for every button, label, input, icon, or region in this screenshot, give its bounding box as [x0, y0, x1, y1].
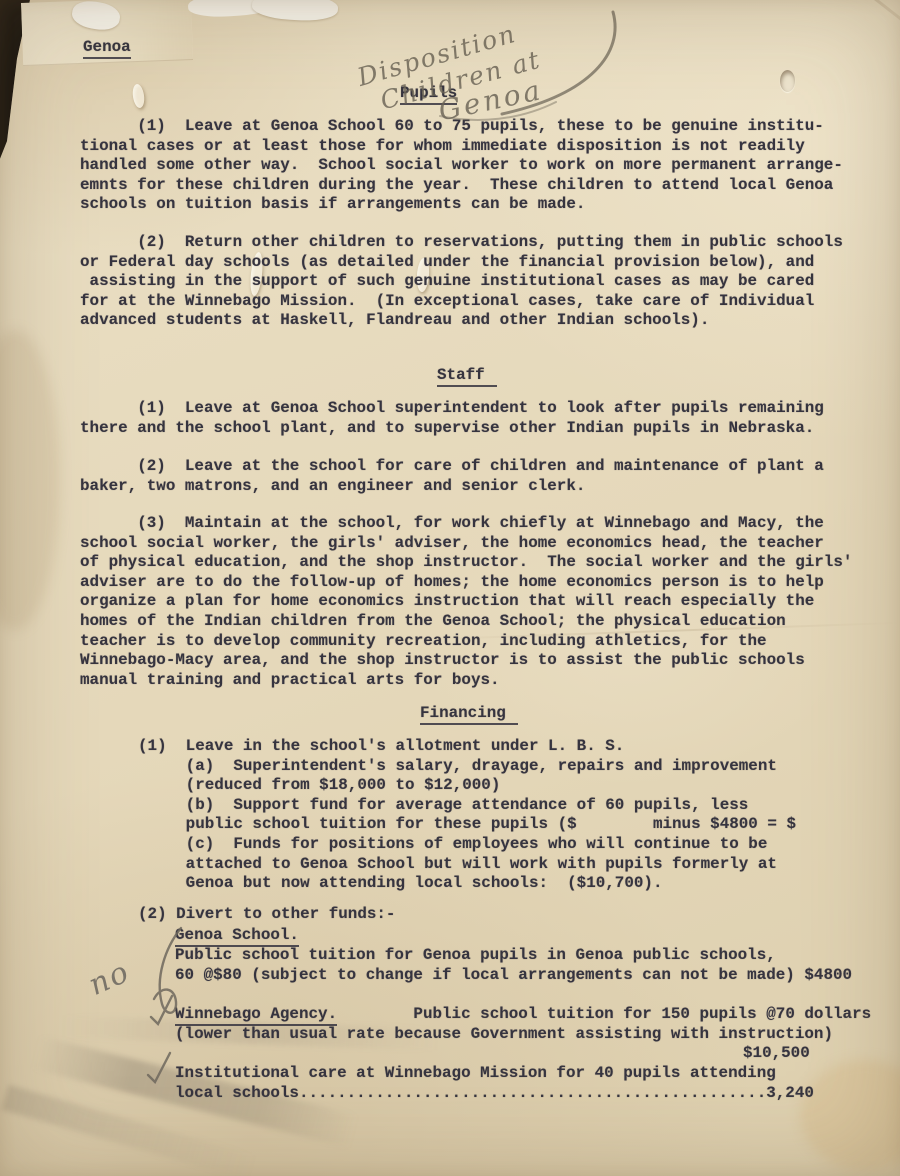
paper-hole	[780, 70, 795, 92]
winnebago-agency-line-2: (lower than usual rate because Governmen…	[175, 1025, 833, 1045]
side-label-text: Genoa	[83, 38, 131, 59]
winnebago-agency-subheading: Winnebago Agency.	[175, 1005, 337, 1026]
pupils-paragraph-1: (1) Leave at Genoa School 60 to 75 pupil…	[80, 117, 843, 215]
winnebago-amount: $10,500	[743, 1044, 810, 1062]
winnebago-agency-amount-line: $10,500	[175, 1044, 810, 1064]
section-heading-staff: Staff	[437, 366, 497, 386]
pupils-paragraph-2: (2) Return other children to reservation…	[80, 233, 843, 331]
genoa-school-subheading: Genoa School.	[175, 926, 299, 946]
staff-paragraph-1: (1) Leave at Genoa School superintendent…	[80, 399, 824, 438]
winnebago-agency-text: Public school tuition for 150 pupils @70…	[337, 1005, 871, 1023]
financing-item-1: (1) Leave in the school's allotment unde…	[138, 737, 796, 894]
section-heading-financing: Financing	[420, 704, 518, 724]
scanned-document-page: { "document": { "side_label": "Genoa", "…	[0, 0, 900, 1176]
staff-paragraph-2: (2) Leave at the school for care of chil…	[80, 457, 824, 496]
genoa-school-body: Public school tuition for Genoa pupils i…	[175, 946, 852, 985]
section-heading-pupils: Pupils	[400, 84, 457, 104]
financing-item-2-intro: (2) Divert to other funds:-	[138, 905, 395, 925]
institutional-care-lines: Institutional care at Winnebago Mission …	[175, 1064, 814, 1103]
staff-paragraph-3: (3) Maintain at the school, for work chi…	[80, 514, 852, 690]
side-label: Genoa	[83, 38, 131, 58]
winnebago-agency-line: Winnebago Agency. Public school tuition …	[175, 1005, 871, 1025]
